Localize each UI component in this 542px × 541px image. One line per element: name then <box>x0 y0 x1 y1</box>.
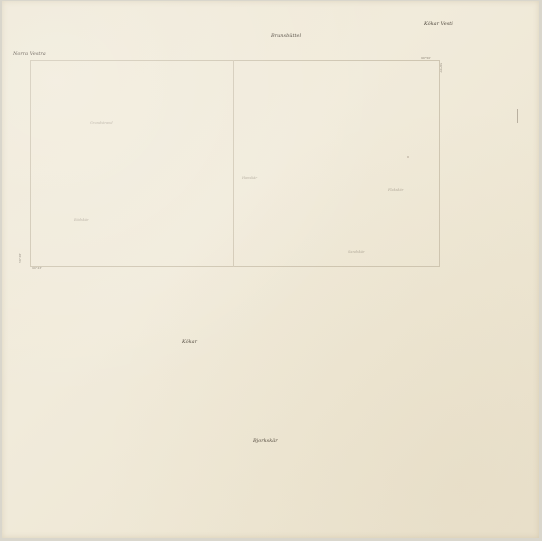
edge-tick <box>517 109 518 123</box>
corner-coord-bottom-left-h: 99°43' <box>32 266 42 270</box>
place-label: Hanskär <box>242 176 257 180</box>
corner-coord-top-right-h: 99°50' <box>421 56 431 60</box>
header-center-label: Brunsbüttel <box>271 33 301 39</box>
place-label: Sandskär <box>348 250 365 254</box>
panel-divider <box>233 60 234 267</box>
place-label: Rödskär <box>74 218 89 222</box>
map-sheet: Brunsbüttel Kökar Vesti Norra Vestra 99°… <box>2 1 539 538</box>
place-label: Flakskär <box>388 188 403 192</box>
header-top-right-label: Kökar Vesti <box>424 21 453 27</box>
header-top-left-label: Norra Vestra <box>13 51 46 57</box>
map-frame <box>30 60 440 267</box>
survey-mark <box>407 156 409 158</box>
place-label-bjorkskar: Bjorkskär <box>253 438 278 444</box>
place-label: Grundstrand <box>90 121 113 125</box>
place-label-kokar: Kökar <box>182 339 197 345</box>
corner-coord-bottom-left-v: 59°48' <box>18 253 22 263</box>
corner-coord-top-right-v: 59°55' <box>439 63 443 73</box>
